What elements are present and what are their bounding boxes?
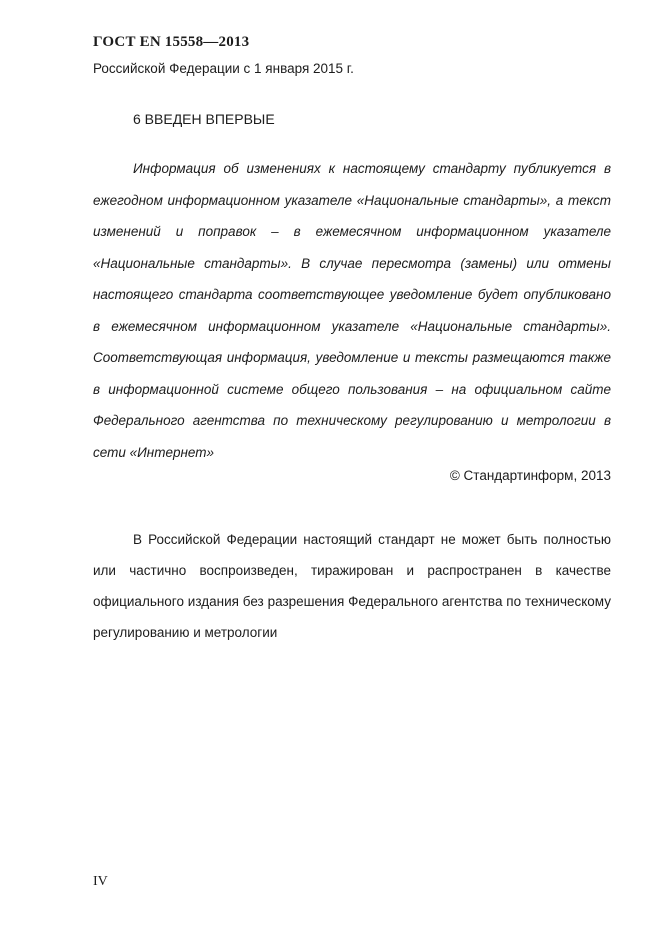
amendments-notice-paragraph: Информация об изменениях к настоящему ст… (93, 153, 611, 468)
copyright-line: © Стандартинформ, 2013 (93, 468, 611, 483)
clause-introduced-first-time: 6 ВВЕДЕН ВПЕРВЫЕ (133, 111, 275, 127)
standard-designation: ГОСТ EN 15558—2013 (93, 34, 249, 51)
document-page: ГОСТ EN 15558—2013 Российской Федерации … (0, 0, 661, 935)
reproduction-restriction-paragraph: В Российской Федерации настоящий стандар… (93, 524, 611, 648)
effective-date-line: Российской Федерации с 1 января 2015 г. (93, 61, 354, 76)
page-number: IV (93, 874, 108, 890)
